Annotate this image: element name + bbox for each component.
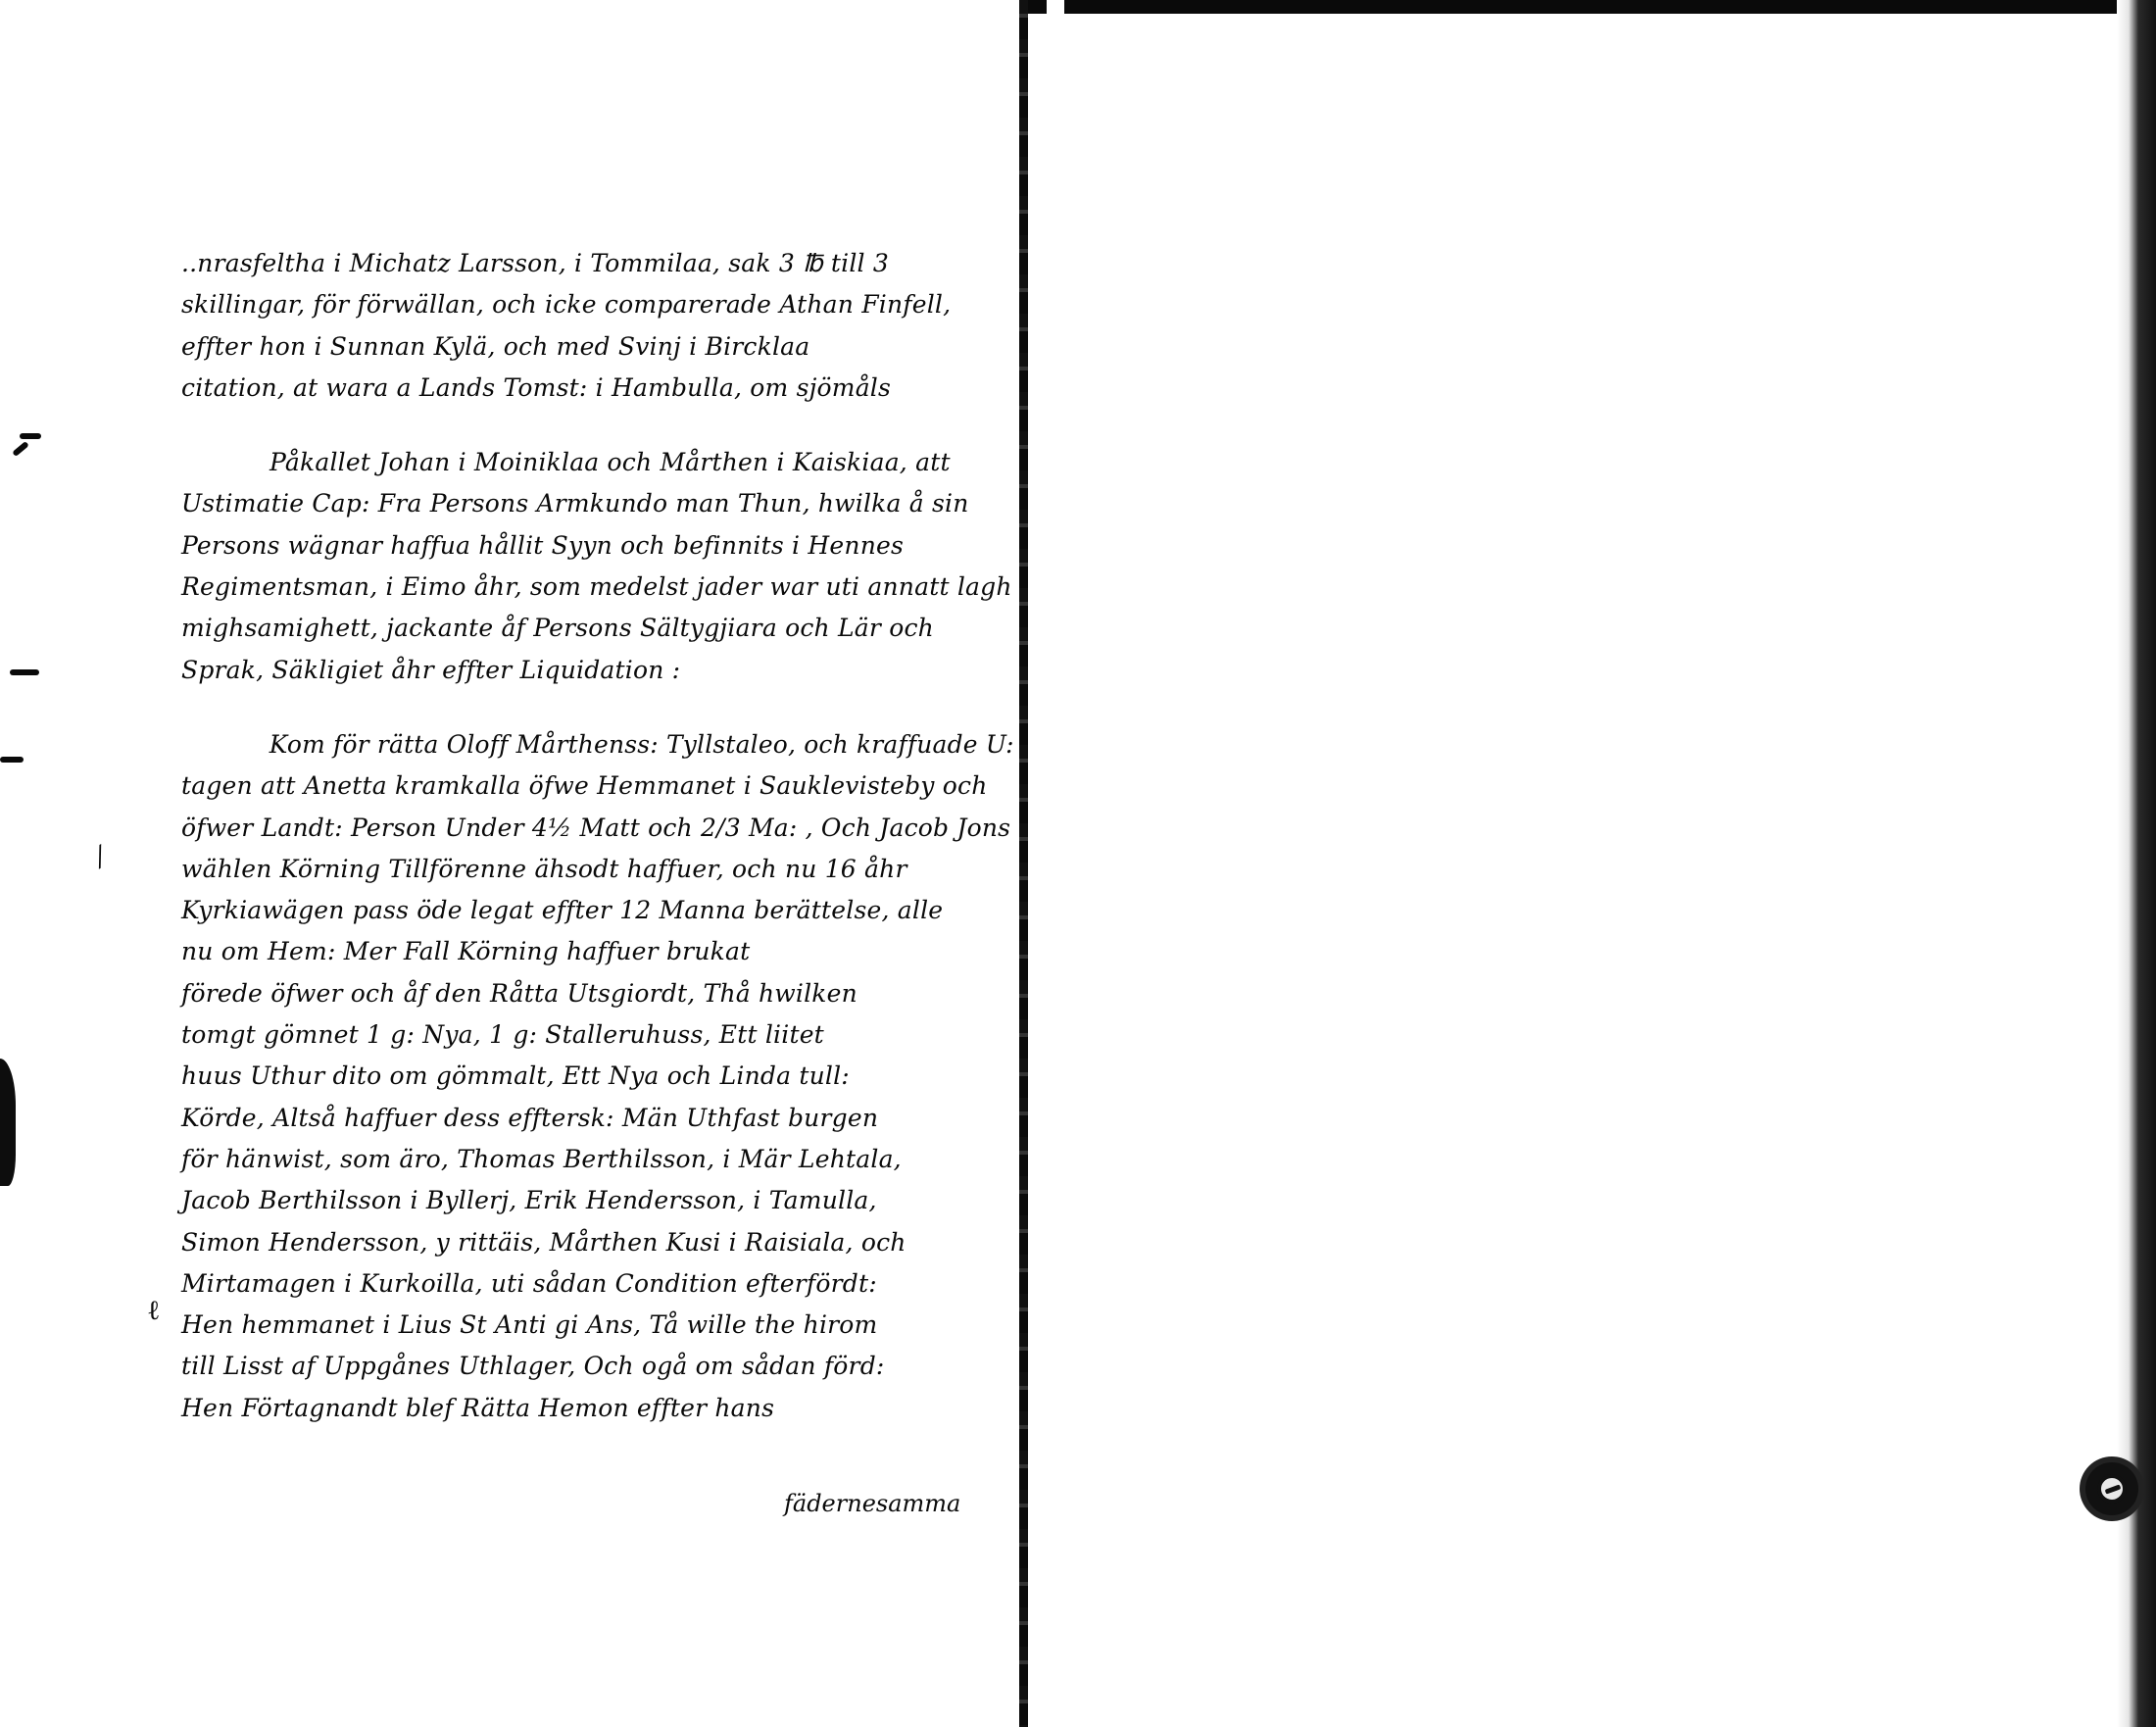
text-line: Mirtamagen i Kurkoilla, uti sådan Condit…	[181, 1263, 1014, 1305]
text-line: ..nrasfeltha i Michatz Larsson, i Tommil…	[181, 243, 1014, 284]
text-line: wählen Körning Tillförenne ähsodt haffue…	[181, 849, 1014, 890]
text-line: nu om Hem: Mer Fall Körning haffuer bruk…	[181, 931, 1014, 972]
text-line: skillingar, för förwällan, och icke comp…	[181, 284, 1014, 325]
text-line: för hänwist, som äro, Thomas Berthilsson…	[181, 1139, 1014, 1180]
text-line: Persons wägnar haffua hållit Syyn och be…	[181, 525, 1014, 567]
paragraph: Kom för rätta Oloff Mårthenss: Tyllstale…	[181, 724, 1014, 1429]
text-line: till Lisst af Uppgånes Uthlager, Och ogå…	[181, 1346, 1014, 1387]
catchword: fädernesamma	[784, 1490, 960, 1517]
left-page-text: ..nrasfeltha i Michatz Larsson, i Tommil…	[181, 243, 1014, 1429]
manuscript-viewer: ..nrasfeltha i Michatz Larsson, i Tommil…	[0, 0, 2156, 1727]
text-line: tagen att Anetta kramkalla öfwe Hemmanet…	[181, 765, 1014, 807]
left-page: ..nrasfeltha i Michatz Larsson, i Tommil…	[0, 0, 1019, 1727]
text-line: citation, at wara a Lands Tomst: i Hambu…	[181, 368, 1014, 409]
text-line: tomgt gömnet 1 g: Nya, 1 g: Stalleruhuss…	[181, 1014, 1014, 1056]
paragraph: ..nrasfeltha i Michatz Larsson, i Tommil…	[181, 243, 1014, 409]
margin-mark: ⁄	[90, 842, 111, 872]
text-line: Sprak, Säkligiet åhr effter Liquidation …	[181, 650, 1014, 691]
text-line: huus Uthur dito om gömmalt, Ett Nya och …	[181, 1056, 1014, 1097]
margin-mark	[10, 669, 39, 675]
text-line: Körde, Altså haffuer dess efftersk: Män …	[181, 1098, 1014, 1139]
text-line: mighsamighett, jackante åf Persons Sälty…	[181, 608, 1014, 649]
margin-mark	[12, 441, 29, 457]
book-spine-gutter	[1019, 0, 1028, 1727]
text-line: förede öfwer och åf den Råtta Utsgiordt,…	[181, 973, 1014, 1014]
text-line: Hen hemmanet i Lius St Anti gi Ans, Tå w…	[181, 1305, 1014, 1346]
text-line: Hen Förtagnandt blef Rätta Hemon effter …	[181, 1388, 1014, 1429]
text-line: öfwer Landt: Person Under 4½ Matt och 2/…	[181, 808, 1014, 849]
margin-mark	[20, 433, 41, 439]
margin-mark	[0, 757, 24, 763]
text-line: Kom för rätta Oloff Mårthenss: Tyllstale…	[181, 724, 1011, 765]
paragraph: Påkallet Johan i Moiniklaa och Mårthen i…	[181, 442, 1014, 691]
text-line: Kyrkiawägen pass öde legat effter 12 Man…	[181, 890, 1014, 931]
text-line: Ustimatie Cap: Fra Persons Armkundo man …	[181, 483, 1014, 524]
margin-mark: ℓ	[147, 1294, 160, 1327]
text-line: effter hon i Sunnan Kylä, och med Svinj …	[181, 326, 1014, 368]
text-line: Regimentsman, i Eimo åhr, som medelst ja…	[181, 567, 1014, 608]
text-line: Jacob Berthilsson i Byllerj, Erik Hender…	[181, 1180, 1014, 1221]
text-line: Simon Hendersson, y rittäis, Mårthen Kus…	[181, 1222, 1014, 1263]
right-page: 122: fädernesamma ifrån tiuatt kring und…	[1028, 0, 2116, 1727]
text-line: Påkallet Johan i Moiniklaa och Mårthen i…	[181, 442, 1014, 483]
